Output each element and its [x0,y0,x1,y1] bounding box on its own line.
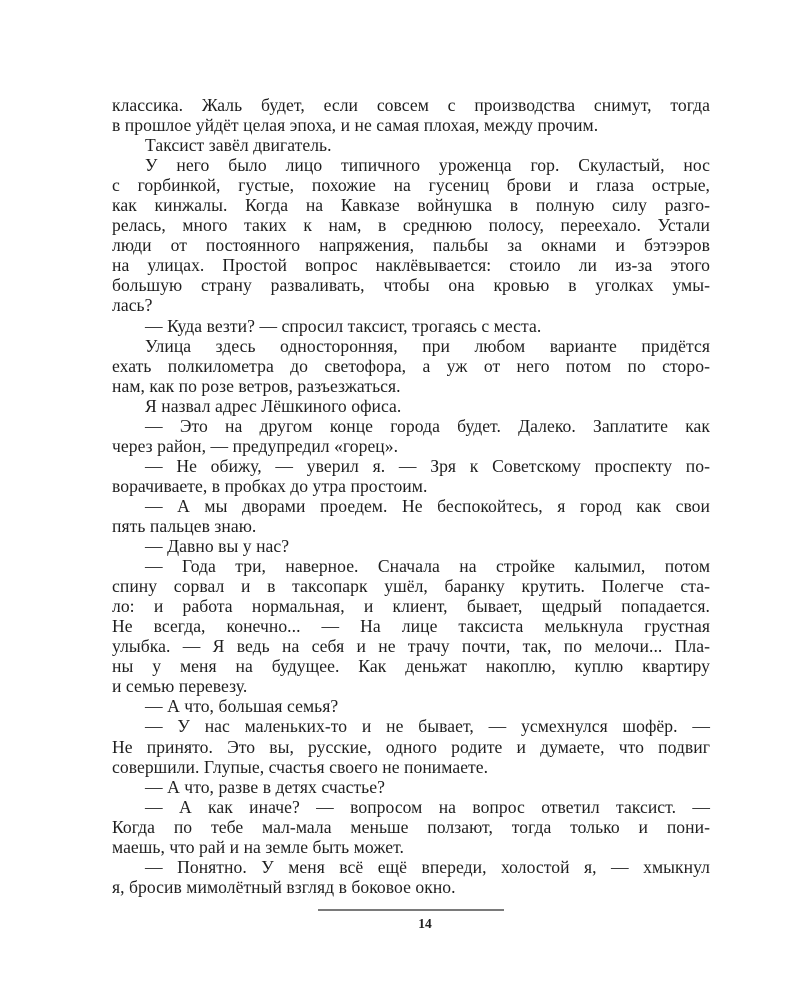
text-line: классика. Жаль будет, если совсем с прои… [112,95,710,115]
footer-rule-divider [318,909,504,911]
text-line: маешь, что рай и на земле быть может. [112,837,710,857]
paragraph-first-line: Улица здесь односторонняя, при любом вар… [112,336,710,356]
text-line: ворачиваете, в пробках до утра простоим. [112,476,710,496]
paragraph-first-line: — Куда везти? — спросил таксист, трогаяс… [112,316,710,336]
text-line: улыбка. — Я ведь на себя и не трачу почт… [112,636,710,656]
paragraph-first-line: — А что, разве в детях счастье? [112,777,710,797]
text-line: нам, как по розе ветров, разъезжаться. [112,376,710,396]
text-line: большую страну разваливать, чтобы она кр… [112,275,710,295]
text-line: Не всегда, конечно... — На лице таксиста… [112,616,710,636]
paragraph-first-line: У него было лицо типичного уроженца гор.… [112,155,710,175]
paragraph-first-line: Я назвал адрес Лёшкиного офиса. [112,396,710,416]
text-line: через район, — предупредил «горец». [112,436,710,456]
text-line: на улицах. Простой вопрос наклёвывается:… [112,255,710,275]
paragraph-first-line: Таксист завёл двигатель. [112,135,710,155]
text-line: я, бросив мимолётный взгляд в боковое ок… [112,877,710,897]
paragraph-first-line: — Это на другом конце города будет. Дале… [112,416,710,436]
paragraph-first-line: — А как иначе? — вопросом на вопрос отве… [112,797,710,817]
page-body-text: классика. Жаль будет, если совсем с прои… [112,95,710,897]
text-line: ехать полкилометра до светофора, а уж от… [112,356,710,376]
text-line: люди от постоянного напряжения, пальбы з… [112,235,710,255]
text-line: релась, много таких к нам, в среднюю пол… [112,215,710,235]
text-line: и семью перевезу. [112,676,710,696]
text-line: лась? [112,295,710,315]
text-line: пять пальцев знаю. [112,516,710,536]
text-line: Когда по тебе мал-мала меньше ползают, т… [112,817,710,837]
text-line: в прошлое уйдёт целая эпоха, и не самая … [112,115,710,135]
text-line: спину сорвал и в таксопарк ушёл, баранку… [112,576,710,596]
paragraph-first-line: — Понятно. У меня всё ещё впереди, холос… [112,857,710,877]
paragraph-first-line: — А мы дворами проедем. Не беспокойтесь,… [112,496,710,516]
paragraph-first-line: — У нас маленьких-то и не бывает, — усме… [112,716,710,736]
paragraph-first-line: — Года три, наверное. Сначала на стройке… [112,556,710,576]
paragraph-first-line: — Давно вы у нас? [112,536,710,556]
text-line: Не принято. Это вы, русские, одного роди… [112,737,710,757]
text-line: с горбинкой, густые, похожие на гусениц … [112,175,710,195]
text-line: как кинжалы. Когда на Кавказе войнушка в… [112,195,710,215]
paragraph-first-line: — А что, большая семья? [112,696,710,716]
page-number: 14 [318,916,532,932]
text-line: совершили. Глупые, счастья своего не пон… [112,757,710,777]
paragraph-first-line: — Не обижу, — уверил я. — Зря к Советско… [112,456,710,476]
text-line: ло: и работа нормальная, и клиент, бывае… [112,596,710,616]
text-line: ны у меня на будущее. Как деньжат накопл… [112,656,710,676]
